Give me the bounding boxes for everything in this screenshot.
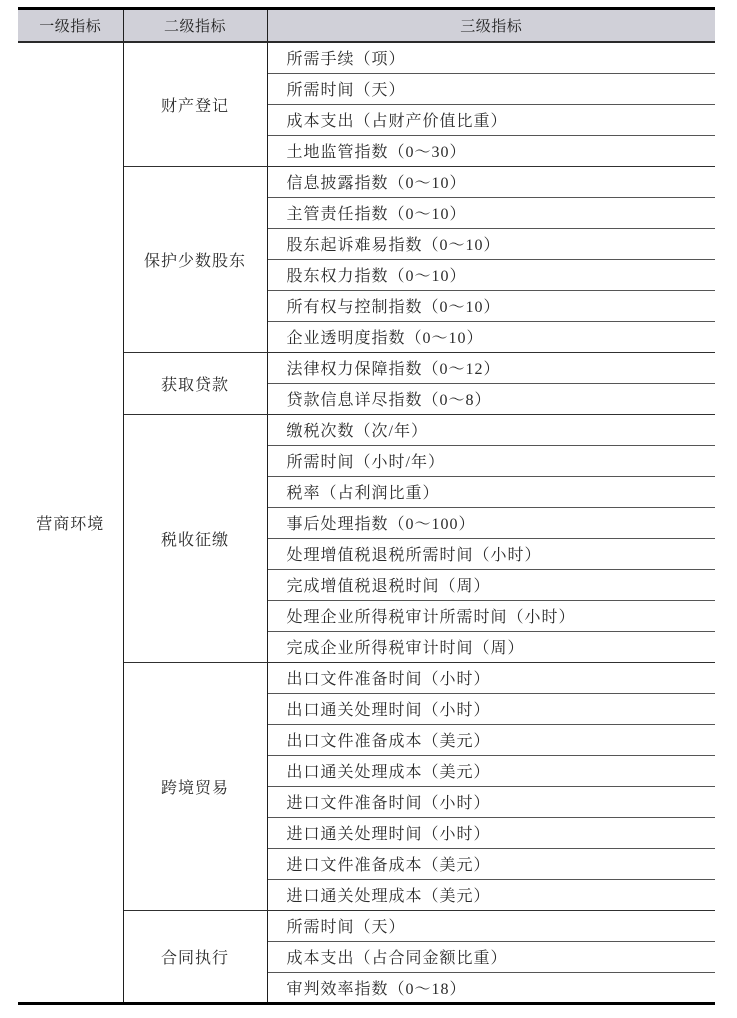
level2-cell-getting-credit: 获取贷款 — [123, 352, 267, 414]
table-row: 保护少数股东 信息披露指数（0～10） — [18, 166, 715, 197]
header-level2: 二级指标 — [123, 9, 267, 43]
table-row: 合同执行 所需时间（天） — [18, 910, 715, 941]
level3-cell: 审判效率指数（0～18） — [267, 972, 715, 1003]
level3-cell: 所需时间（天） — [267, 73, 715, 104]
table-row: 获取贷款 法律权力保障指数（0～12） — [18, 352, 715, 383]
level3-cell: 出口文件准备时间（小时） — [267, 662, 715, 693]
level3-cell: 贷款信息详尽指数（0～8） — [267, 383, 715, 414]
level2-cell-enforcing-contracts: 合同执行 — [123, 910, 267, 1003]
level3-cell: 股东起诉难易指数（0～10） — [267, 228, 715, 259]
level3-cell: 法律权力保障指数（0～12） — [267, 352, 715, 383]
level3-cell: 股东权力指数（0～10） — [267, 259, 715, 290]
table-row: 营商环境 财产登记 所需手续（项） — [18, 42, 715, 73]
level1-cell-business-environment: 营商环境 — [18, 42, 123, 1003]
level2-cell-trading-across-borders: 跨境贸易 — [123, 662, 267, 910]
level3-cell: 成本支出（占合同金额比重） — [267, 941, 715, 972]
level3-cell: 进口文件准备成本（美元） — [267, 848, 715, 879]
level3-cell: 所有权与控制指数（0～10） — [267, 290, 715, 321]
level3-cell: 缴税次数（次/年） — [267, 414, 715, 445]
level2-cell-protecting-minority-shareholders: 保护少数股东 — [123, 166, 267, 352]
level2-cell-paying-taxes: 税收征缴 — [123, 414, 267, 662]
header-level3: 三级指标 — [267, 9, 715, 43]
table-row: 跨境贸易 出口文件准备时间（小时） — [18, 662, 715, 693]
level3-cell: 进口通关处理成本（美元） — [267, 879, 715, 910]
level3-cell: 事后处理指数（0～100） — [267, 507, 715, 538]
level3-cell: 信息披露指数（0～10） — [267, 166, 715, 197]
level3-cell: 进口文件准备时间（小时） — [267, 786, 715, 817]
level3-cell: 所需时间（小时/年） — [267, 445, 715, 476]
level3-cell: 所需手续（项） — [267, 42, 715, 73]
level3-cell: 成本支出（占财产价值比重） — [267, 104, 715, 135]
level3-cell: 进口通关处理时间（小时） — [267, 817, 715, 848]
level3-cell: 出口通关处理成本（美元） — [267, 755, 715, 786]
level3-cell: 完成增值税退税时间（周） — [267, 569, 715, 600]
level3-cell: 出口通关处理时间（小时） — [267, 693, 715, 724]
level2-cell-property-registration: 财产登记 — [123, 42, 267, 166]
level3-cell: 所需时间（天） — [267, 910, 715, 941]
level3-cell: 完成企业所得税审计时间（周） — [267, 631, 715, 662]
level3-cell: 企业透明度指数（0～10） — [267, 321, 715, 352]
level3-cell: 土地监管指数（0～30） — [267, 135, 715, 166]
level3-cell: 出口文件准备成本（美元） — [267, 724, 715, 755]
level3-cell: 处理企业所得税审计所需时间（小时） — [267, 600, 715, 631]
level3-cell: 主管责任指数（0～10） — [267, 197, 715, 228]
level3-cell: 处理增值税退税所需时间（小时） — [267, 538, 715, 569]
header-level1: 一级指标 — [18, 9, 123, 43]
table-row: 税收征缴 缴税次数（次/年） — [18, 414, 715, 445]
header-row: 一级指标 二级指标 三级指标 — [18, 9, 715, 43]
indicator-table: 一级指标 二级指标 三级指标 营商环境 财产登记 所需手续（项） 所需时间（天）… — [18, 7, 715, 1005]
level3-cell: 税率（占利润比重） — [267, 476, 715, 507]
document-page: 一级指标 二级指标 三级指标 营商环境 财产登记 所需手续（项） 所需时间（天）… — [0, 7, 737, 1018]
